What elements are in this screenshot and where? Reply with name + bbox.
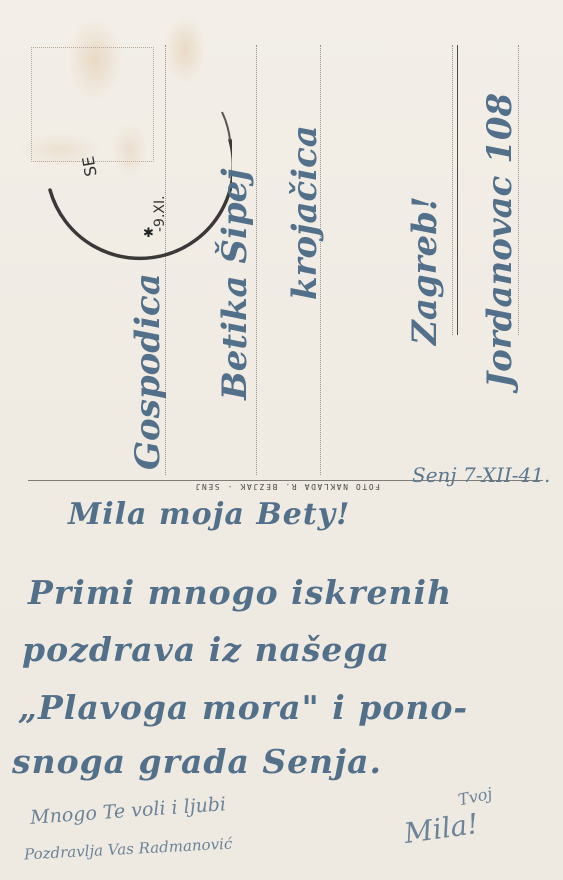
message-closing: Mnogo Te voli i ljubi (29, 793, 226, 829)
place-date: Senj 7-XII-41. (412, 463, 550, 487)
address-name: Betika Šipej (215, 168, 255, 400)
postmark-date: -9.XI. (152, 195, 168, 232)
postmark-star-icon: ✱ (143, 226, 154, 241)
postmark-town: SE (78, 155, 100, 178)
address-city: Zagreb! (405, 196, 445, 345)
postcard-back: SE -9.XI. ✱ Gospodica Betika Šipej kroja… (0, 0, 563, 880)
message-line-4: snoga grada Senja. (12, 742, 382, 781)
signature-prefix: Tvoj (456, 784, 494, 810)
signature: Mila! (402, 807, 480, 850)
postscript: Pozdravlja Vas Radmanović (24, 835, 233, 864)
address-rule-2 (256, 45, 257, 475)
city-underline-rule (457, 45, 458, 335)
message-line-1: Primi mnogo iskrenih (28, 573, 452, 612)
address-street: Jordanovac 108 (480, 93, 520, 388)
message-line-3: „Plavoga mora" i pono- (18, 688, 468, 727)
postmark-stamp-icon (42, 80, 232, 270)
address-occupation: krojačica (285, 125, 325, 300)
message-line-2: pozdrava iz našega (22, 630, 390, 669)
address-salutation: Gospodica (128, 273, 168, 470)
address-rule-4 (452, 45, 453, 335)
publisher-imprint: FOTO NAKLADA R. BEZJAK · SENJ (172, 482, 402, 491)
message-greeting: Mila moja Bety! (68, 497, 350, 532)
